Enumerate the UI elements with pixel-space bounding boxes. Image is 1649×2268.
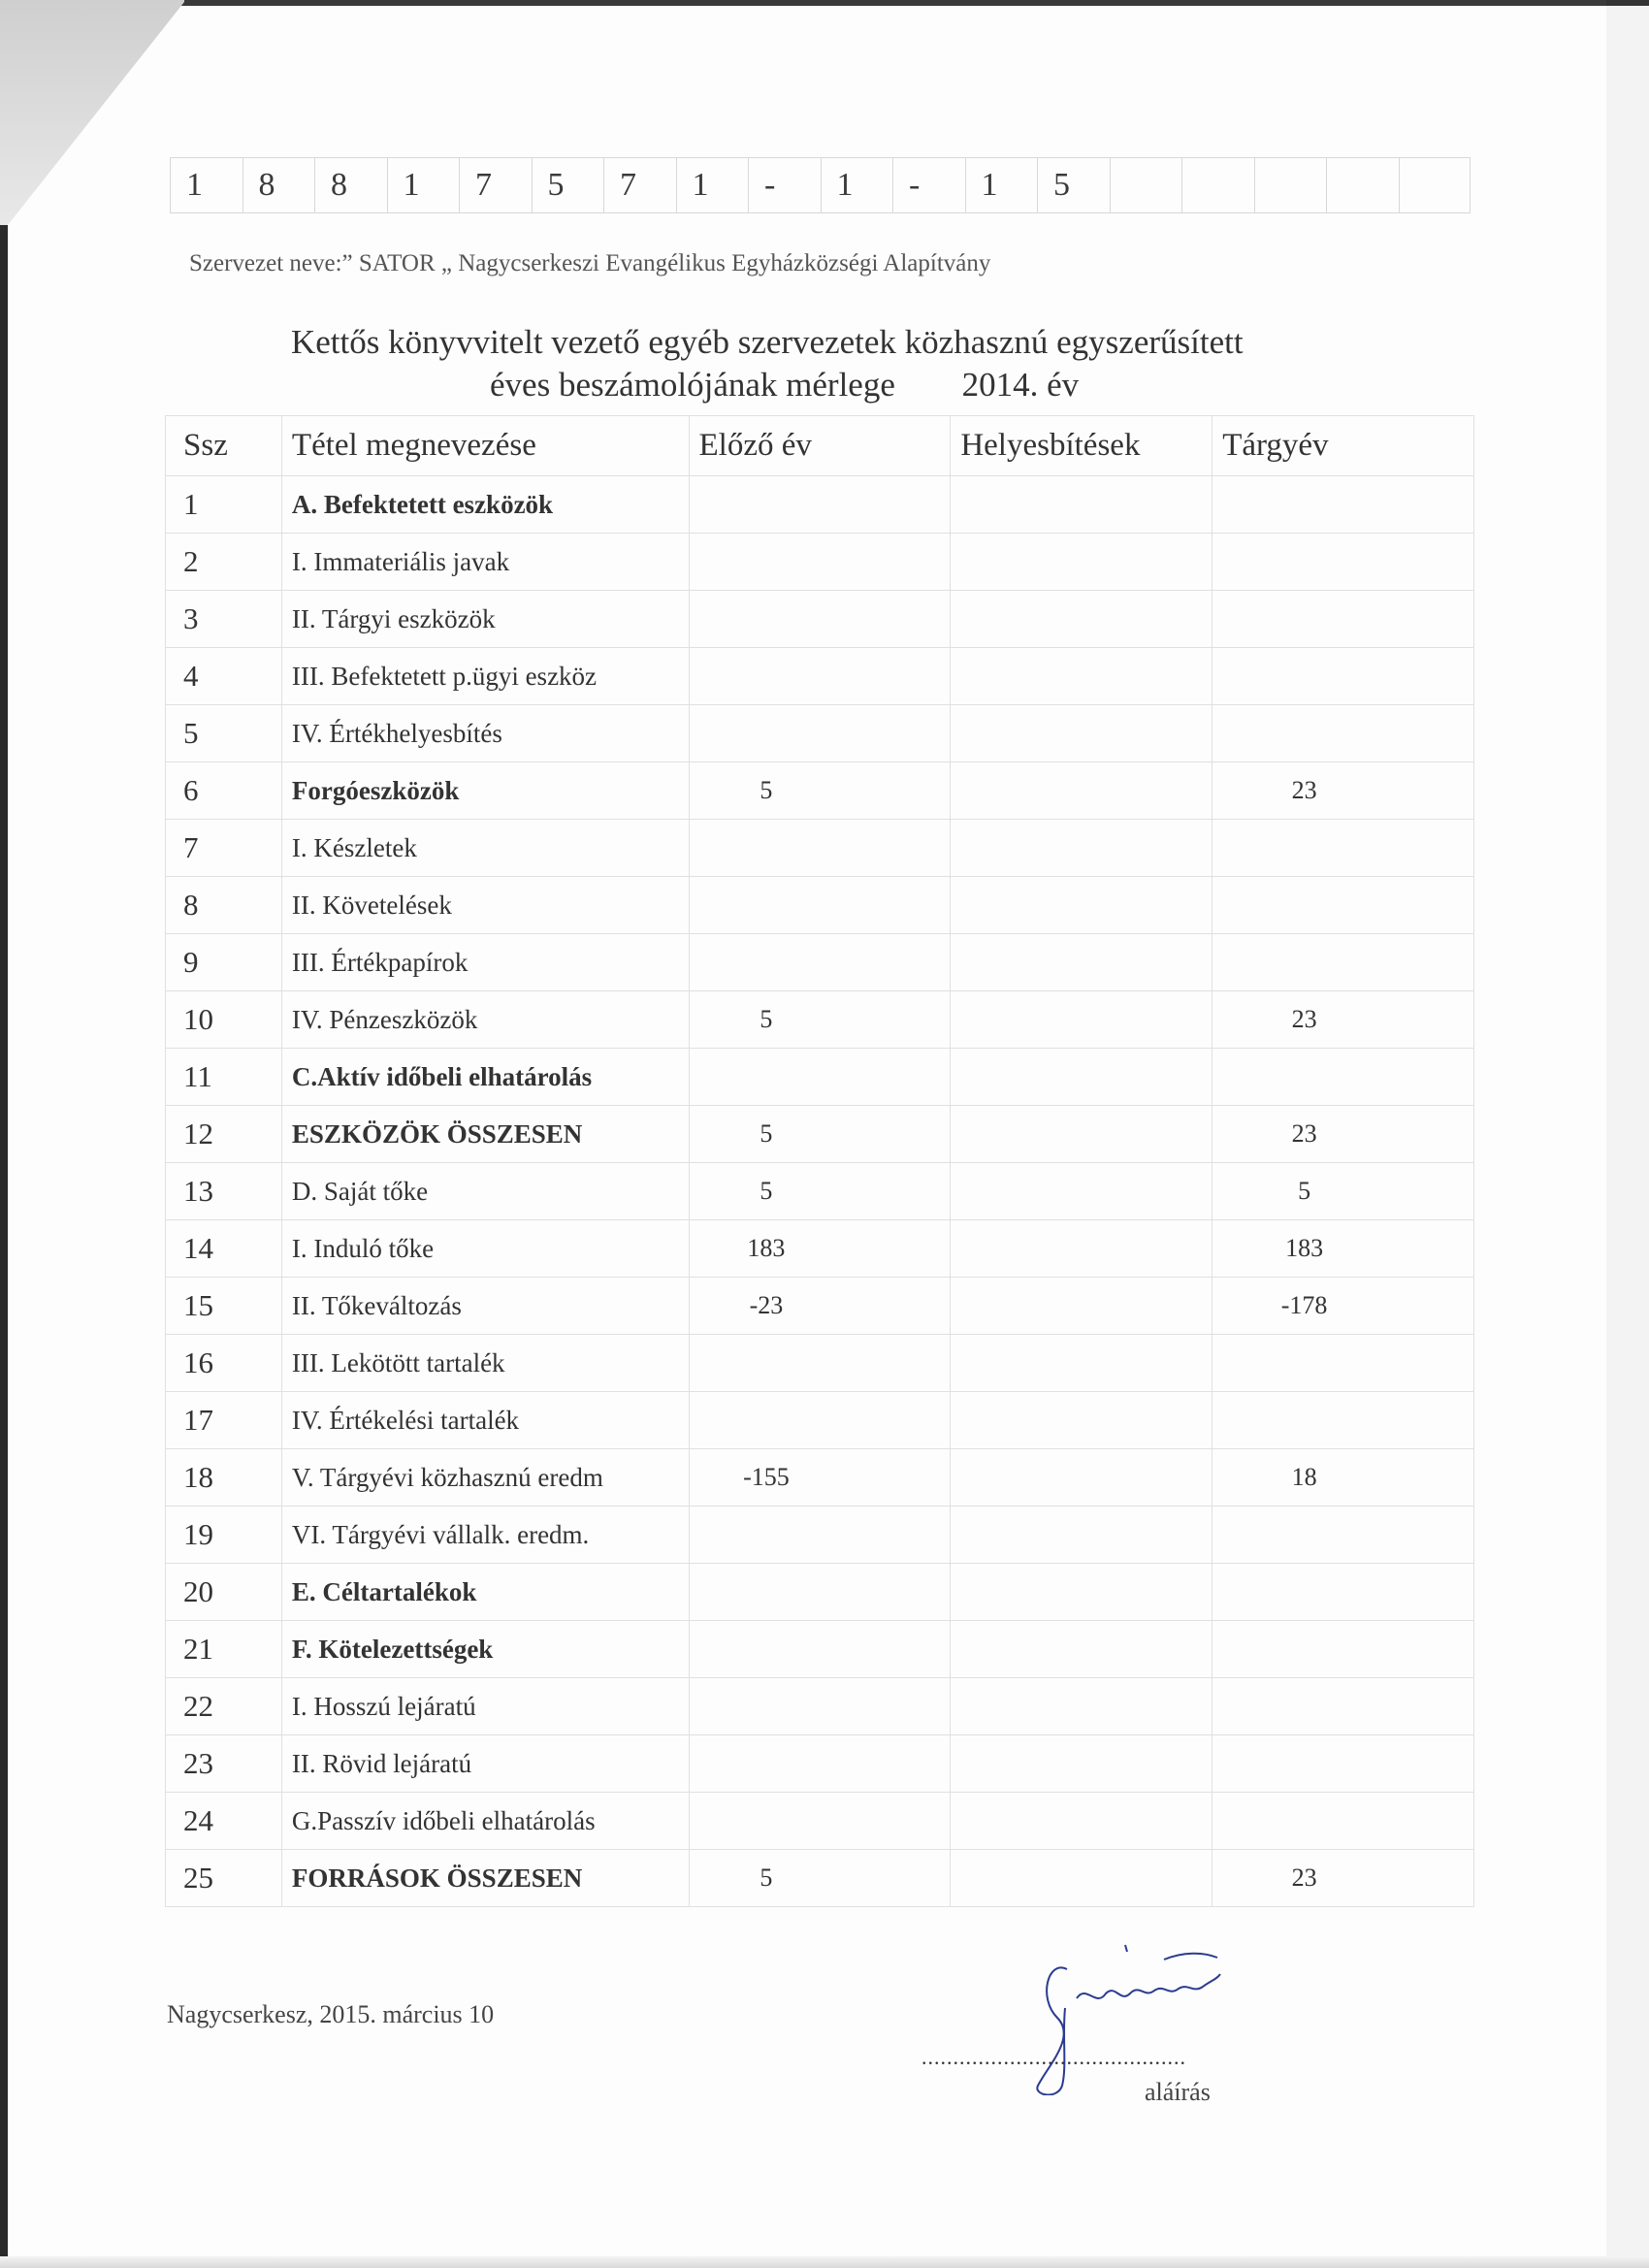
registration-digit-box: 1 <box>821 157 893 213</box>
row-number: 20 <box>166 1564 282 1621</box>
adjustment-value <box>951 877 1212 934</box>
place-and-date: Nagycserkesz, 2015. március 10 <box>167 2000 494 2029</box>
table-body: 1A. Befektetett eszközök2I. Immateriális… <box>166 476 1474 1907</box>
previous-year-value <box>689 1678 951 1735</box>
previous-year-value: 5 <box>689 1106 951 1163</box>
adjustment-value <box>951 1507 1212 1564</box>
registration-digit-box: - <box>748 157 821 213</box>
current-year-value <box>1212 1621 1474 1678</box>
current-year-value <box>1212 1678 1474 1735</box>
item-name: II. Tőkeváltozás <box>281 1278 689 1335</box>
registration-digit-box: 1 <box>387 157 460 213</box>
registration-digit-box <box>1254 157 1327 213</box>
row-number: 15 <box>166 1278 282 1335</box>
item-name: II. Tárgyi eszközök <box>281 591 689 648</box>
adjustment-value <box>951 1449 1212 1507</box>
organization-name: Szervezet neve:” SATOR „ Nagycserkeszi E… <box>189 250 990 277</box>
current-year-value: 18 <box>1212 1449 1474 1507</box>
registration-digit-box <box>1181 157 1254 213</box>
registration-number-boxes: 18817571-1-15 <box>170 157 1471 213</box>
table-row: 17IV. Értékelési tartalék <box>166 1392 1474 1449</box>
previous-year-value: 5 <box>689 1163 951 1220</box>
item-name: D. Saját tőke <box>281 1163 689 1220</box>
item-name: II. Követelések <box>281 877 689 934</box>
table-row: 25FORRÁSOK ÖSSZESEN523 <box>166 1850 1474 1907</box>
previous-year-value <box>689 1564 951 1621</box>
current-year-value: 5 <box>1212 1163 1474 1220</box>
table-row: 6Forgóeszközök523 <box>166 762 1474 820</box>
table-row: 12ESZKÖZÖK ÖSSZESEN523 <box>166 1106 1474 1163</box>
adjustment-value <box>951 476 1212 534</box>
registration-digit-box: 7 <box>459 157 532 213</box>
current-year-value <box>1212 1735 1474 1793</box>
row-number: 14 <box>166 1220 282 1278</box>
registration-digit-box: 1 <box>676 157 749 213</box>
item-name: III. Lekötött tartalék <box>281 1335 689 1392</box>
document-title-line-2: éves beszámolójának mérlege 2014. év <box>490 366 1079 405</box>
header-adjustments: Helyesbítések <box>951 416 1212 476</box>
item-name: F. Kötelezettségek <box>281 1621 689 1678</box>
item-name: A. Befektetett eszközök <box>281 476 689 534</box>
adjustment-value <box>951 1793 1212 1850</box>
item-name: G.Passzív időbeli elhatárolás <box>281 1793 689 1850</box>
row-number: 23 <box>166 1735 282 1793</box>
current-year-value: 183 <box>1212 1220 1474 1278</box>
current-year-value <box>1212 534 1474 591</box>
document-title-line-2-text: éves beszámolójának mérlege <box>490 366 895 404</box>
table-header-row: Ssz Tétel megnevezése Előző év Helyesbít… <box>166 416 1474 476</box>
current-year-value <box>1212 591 1474 648</box>
signature-label: aláírás <box>1145 2078 1211 2107</box>
row-number: 8 <box>166 877 282 934</box>
table-row: 21F. Kötelezettségek <box>166 1621 1474 1678</box>
row-number: 17 <box>166 1392 282 1449</box>
previous-year-value <box>689 534 951 591</box>
adjustment-value <box>951 1335 1212 1392</box>
row-number: 16 <box>166 1335 282 1392</box>
previous-year-value: -155 <box>689 1449 951 1507</box>
previous-year-value <box>689 877 951 934</box>
adjustment-value <box>951 1735 1212 1793</box>
table-row: 2I. Immateriális javak <box>166 534 1474 591</box>
row-number: 18 <box>166 1449 282 1507</box>
item-name: V. Tárgyévi közhasznú eredm <box>281 1449 689 1507</box>
balance-sheet-table: Ssz Tétel megnevezése Előző év Helyesbít… <box>165 415 1474 1907</box>
item-name: IV. Értékhelyesbítés <box>281 705 689 762</box>
current-year-value <box>1212 1507 1474 1564</box>
previous-year-value <box>689 1049 951 1106</box>
previous-year-value: 5 <box>689 762 951 820</box>
current-year-value <box>1212 1335 1474 1392</box>
adjustment-value <box>951 1564 1212 1621</box>
previous-year-value: 183 <box>689 1220 951 1278</box>
registration-digit-box: 8 <box>242 157 315 213</box>
registration-digit-box: 8 <box>314 157 387 213</box>
report-year: 2014. év <box>962 366 1080 404</box>
table-row: 4III. Befektetett p.ügyi eszköz <box>166 648 1474 705</box>
table-row: 22I. Hosszú lejáratú <box>166 1678 1474 1735</box>
registration-digit-box <box>1399 157 1471 213</box>
item-name: E. Céltartalékok <box>281 1564 689 1621</box>
header-current-year: Tárgyév <box>1212 416 1474 476</box>
table-row: 16III. Lekötött tartalék <box>166 1335 1474 1392</box>
row-number: 25 <box>166 1850 282 1907</box>
table-row: 24G.Passzív időbeli elhatárolás <box>166 1793 1474 1850</box>
previous-year-value <box>689 934 951 991</box>
registration-digit-box: 1 <box>170 157 242 213</box>
item-name: FORRÁSOK ÖSSZESEN <box>281 1850 689 1907</box>
registration-digit-box <box>1326 157 1399 213</box>
row-number: 4 <box>166 648 282 705</box>
adjustment-value <box>951 1049 1212 1106</box>
table-row: 1A. Befektetett eszközök <box>166 476 1474 534</box>
item-name: ESZKÖZÖK ÖSSZESEN <box>281 1106 689 1163</box>
current-year-value <box>1212 1564 1474 1621</box>
current-year-value: 23 <box>1212 1106 1474 1163</box>
table-row: 8II. Követelések <box>166 877 1474 934</box>
row-number: 10 <box>166 991 282 1049</box>
row-number: 21 <box>166 1621 282 1678</box>
current-year-value <box>1212 1793 1474 1850</box>
row-number: 19 <box>166 1507 282 1564</box>
adjustment-value <box>951 648 1212 705</box>
table-row: 9III. Értékpapírok <box>166 934 1474 991</box>
row-number: 12 <box>166 1106 282 1163</box>
previous-year-value <box>689 476 951 534</box>
scan-edge-left <box>0 0 8 2268</box>
adjustment-value <box>951 591 1212 648</box>
adjustment-value <box>951 934 1212 991</box>
row-number: 5 <box>166 705 282 762</box>
registration-digit-box: 7 <box>603 157 676 213</box>
row-number: 2 <box>166 534 282 591</box>
current-year-value: 23 <box>1212 991 1474 1049</box>
registration-digit-box <box>1110 157 1182 213</box>
previous-year-value <box>689 591 951 648</box>
table-row: 3II. Tárgyi eszközök <box>166 591 1474 648</box>
current-year-value: 23 <box>1212 1850 1474 1907</box>
item-name: IV. Pénzeszközök <box>281 991 689 1049</box>
previous-year-value <box>689 1392 951 1449</box>
item-name: III. Befektetett p.ügyi eszköz <box>281 648 689 705</box>
table-row: 10IV. Pénzeszközök523 <box>166 991 1474 1049</box>
previous-year-value: -23 <box>689 1278 951 1335</box>
table-row: 7I. Készletek <box>166 820 1474 877</box>
table-row: 19VI. Tárgyévi vállalk. eredm. <box>166 1507 1474 1564</box>
current-year-value <box>1212 1049 1474 1106</box>
table-row: 14I. Induló tőke183183 <box>166 1220 1474 1278</box>
scan-edge-right-top <box>1606 0 1649 6</box>
registration-digit-box: 5 <box>532 157 604 213</box>
item-name: I. Hosszú lejáratú <box>281 1678 689 1735</box>
item-name: III. Értékpapírok <box>281 934 689 991</box>
previous-year-value <box>689 1621 951 1678</box>
adjustment-value <box>951 1106 1212 1163</box>
item-name: VI. Tárgyévi vállalk. eredm. <box>281 1507 689 1564</box>
current-year-value <box>1212 877 1474 934</box>
table-row: 18V. Tárgyévi közhasznú eredm-15518 <box>166 1449 1474 1507</box>
current-year-value <box>1212 820 1474 877</box>
item-name: IV. Értékelési tartalék <box>281 1392 689 1449</box>
adjustment-value <box>951 1278 1212 1335</box>
row-number: 9 <box>166 934 282 991</box>
folded-page-corner <box>0 0 194 233</box>
registration-digit-box: 5 <box>1037 157 1110 213</box>
table-row: 20E. Céltartalékok <box>166 1564 1474 1621</box>
previous-year-value <box>689 1335 951 1392</box>
current-year-value <box>1212 476 1474 534</box>
table-row: 13D. Saját tőke55 <box>166 1163 1474 1220</box>
adjustment-value <box>951 1678 1212 1735</box>
row-number: 7 <box>166 820 282 877</box>
table-row: 11C.Aktív időbeli elhatárolás <box>166 1049 1474 1106</box>
adjustment-value <box>951 534 1212 591</box>
header-ssz: Ssz <box>166 416 282 476</box>
registration-digit-box: - <box>892 157 965 213</box>
previous-year-value <box>689 705 951 762</box>
current-year-value <box>1212 705 1474 762</box>
current-year-value <box>1212 934 1474 991</box>
item-name: I. Induló tőke <box>281 1220 689 1278</box>
adjustment-value <box>951 1850 1212 1907</box>
item-name: Forgóeszközök <box>281 762 689 820</box>
adjustment-value <box>951 762 1212 820</box>
row-number: 22 <box>166 1678 282 1735</box>
item-name: I. Készletek <box>281 820 689 877</box>
document-title-line-1: Kettős könyvvitelt vezető egyéb szerveze… <box>291 323 1244 362</box>
row-number: 11 <box>166 1049 282 1106</box>
registration-digit-box: 1 <box>965 157 1038 213</box>
previous-year-value <box>689 1507 951 1564</box>
current-year-value <box>1212 648 1474 705</box>
adjustment-value <box>951 1392 1212 1449</box>
adjustment-value <box>951 820 1212 877</box>
previous-year-value <box>689 820 951 877</box>
current-year-value: -178 <box>1212 1278 1474 1335</box>
table-row: 5IV. Értékhelyesbítés <box>166 705 1474 762</box>
adjustment-value <box>951 991 1212 1049</box>
adjustment-value <box>951 1621 1212 1678</box>
signature-line: ........................................… <box>921 2045 1186 2070</box>
handwritten-signature <box>1009 1940 1280 2095</box>
adjustment-value <box>951 1163 1212 1220</box>
adjustment-value <box>951 705 1212 762</box>
header-item-name: Tétel megnevezése <box>281 416 689 476</box>
previous-year-value <box>689 648 951 705</box>
current-year-value: 23 <box>1212 762 1474 820</box>
previous-year-value <box>689 1793 951 1850</box>
scan-edge-bottom <box>0 2256 1649 2268</box>
item-name: C.Aktív időbeli elhatárolás <box>281 1049 689 1106</box>
row-number: 3 <box>166 591 282 648</box>
scan-edge-right <box>1606 0 1649 2268</box>
item-name: I. Immateriális javak <box>281 534 689 591</box>
previous-year-value: 5 <box>689 991 951 1049</box>
current-year-value <box>1212 1392 1474 1449</box>
row-number: 6 <box>166 762 282 820</box>
scan-edge-top <box>0 0 1649 6</box>
previous-year-value <box>689 1735 951 1793</box>
previous-year-value: 5 <box>689 1850 951 1907</box>
adjustment-value <box>951 1220 1212 1278</box>
row-number: 13 <box>166 1163 282 1220</box>
row-number: 1 <box>166 476 282 534</box>
row-number: 24 <box>166 1793 282 1850</box>
table-row: 15II. Tőkeváltozás-23-178 <box>166 1278 1474 1335</box>
table-row: 23II. Rövid lejáratú <box>166 1735 1474 1793</box>
item-name: II. Rövid lejáratú <box>281 1735 689 1793</box>
header-previous-year: Előző év <box>689 416 951 476</box>
